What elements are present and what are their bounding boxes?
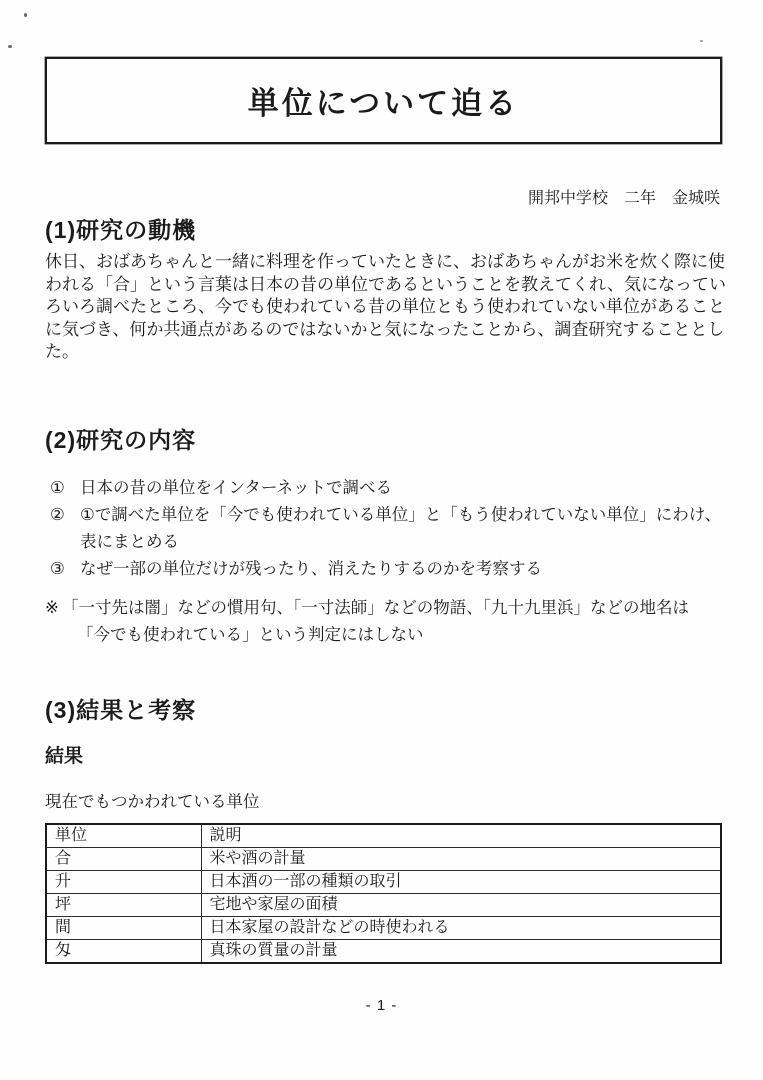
table-caption: 現在でもつかわれている単位	[45, 791, 763, 813]
list-item: ① 日本の昔の単位をインターネットで調べる	[50, 475, 763, 502]
table-row: 匁 真珠の質量の計量	[46, 939, 721, 963]
body-text-line: 休日、おばあちゃんと一緒に料理を作っていたときに、おばあちゃんがお米を炊く際に使	[45, 251, 763, 274]
body-text-line: に気づき、何か共通点があるのではないかと気になったことから、調査研究することとし	[45, 319, 763, 342]
body-text-line: 表にまとめる	[80, 533, 179, 551]
cell-description: 米や酒の計量	[201, 847, 721, 870]
cell-description: 日本酒の一部の種類の取引	[201, 870, 721, 893]
section1-body: 休日、おばあちゃんと一緒に料理を作っていたときに、おばあちゃんがお米を炊く際に使…	[45, 251, 763, 364]
table-row: 間 日本家屋の設計などの時使われる	[46, 916, 721, 939]
results-subheading: 結果	[45, 745, 763, 769]
cell-unit: 升	[46, 870, 201, 893]
section1-heading: (1)研究の動機	[45, 215, 763, 245]
cell-unit: 合	[46, 847, 201, 870]
table-row: 升 日本酒の一部の種類の取引	[46, 870, 721, 893]
cell-unit: 匁	[46, 939, 201, 963]
body-text-line: ①で調べた単位を「今でも使われている単位」と「もう使われていない単位」にわけ、	[80, 506, 721, 524]
document-title: 単位について迫る	[248, 78, 519, 123]
body-text-line: た。	[45, 341, 763, 364]
table-row: 坪 宅地や家屋の面積	[46, 893, 721, 916]
body-text-line: 「今でも使われている」という判定にはしない	[77, 622, 689, 649]
scan-speck	[8, 45, 12, 48]
cell-unit: 間	[46, 916, 201, 939]
list-item-text: ①で調べた単位を「今でも使われている単位」と「もう使われていない単位」にわけ、 …	[80, 502, 721, 557]
body-text-line: 「一寸先は闇」などの慣用句、「一寸法師」などの物語、「九十九里浜」などの地名は	[62, 595, 689, 622]
list-item-number: ②	[50, 502, 80, 557]
list-item-text: 日本の昔の単位をインターネットで調べる	[80, 475, 392, 502]
list-item-number: ①	[50, 475, 80, 502]
document-page: 単位について迫る 開邦中学校 二年 金城咲 (1)研究の動機 休日、おばあちゃん…	[0, 0, 763, 1080]
cell-description: 宅地や家屋の面積	[201, 893, 721, 916]
section3-heading: (3)結果と考察	[45, 695, 763, 725]
note-text: 「一寸先は闇」などの慣用句、「一寸法師」などの物語、「九十九里浜」などの地名は …	[62, 595, 689, 649]
exclusion-note: ※ 「一寸先は闇」などの慣用句、「一寸法師」などの物語、「九十九里浜」などの地名…	[45, 595, 763, 649]
title-box: 単位について迫る	[45, 57, 722, 144]
list-item-text: なぜ一部の単位だけが残ったり、消えたりするのかを考察する	[80, 556, 542, 583]
author-line: 開邦中学校 二年 金城咲	[0, 185, 720, 207]
header-unit: 単位	[46, 824, 201, 848]
units-table: 単位 説明 合 米や酒の計量 升 日本酒の一部の種類の取引 坪 宅地や家屋の面積…	[45, 823, 722, 964]
body-text-line: われる「合」という言葉は日本の昔の単位であるということを教えてくれ、気になってい	[45, 274, 763, 297]
section2-heading: (2)研究の内容	[45, 425, 763, 455]
table-header-row: 単位 説明	[46, 824, 721, 848]
list-item: ② ①で調べた単位を「今でも使われている単位」と「もう使われていない単位」にわけ…	[50, 502, 763, 557]
header-description: 説明	[201, 824, 721, 848]
cell-description: 日本家屋の設計などの時使われる	[201, 916, 721, 939]
scan-speck	[700, 40, 703, 42]
body-text-line: 日本の昔の単位をインターネットで調べる	[80, 479, 392, 497]
scan-speck	[24, 13, 27, 17]
page-number: - 1 -	[0, 997, 763, 1014]
procedure-list: ① 日本の昔の単位をインターネットで調べる ② ①で調べた単位を「今でも使われて…	[50, 475, 763, 584]
list-item: ③ なぜ一部の単位だけが残ったり、消えたりするのかを考察する	[50, 556, 763, 583]
cell-description: 真珠の質量の計量	[201, 939, 721, 963]
body-text-line: ろいろ調べたところ、今でも使われている昔の単位ともう使われていない単位があること	[45, 296, 763, 319]
body-text-line: なぜ一部の単位だけが残ったり、消えたりするのかを考察する	[80, 560, 542, 578]
cell-unit: 坪	[46, 893, 201, 916]
table-row: 合 米や酒の計量	[46, 847, 721, 870]
list-item-number: ③	[50, 556, 80, 583]
note-marker: ※	[45, 595, 62, 649]
